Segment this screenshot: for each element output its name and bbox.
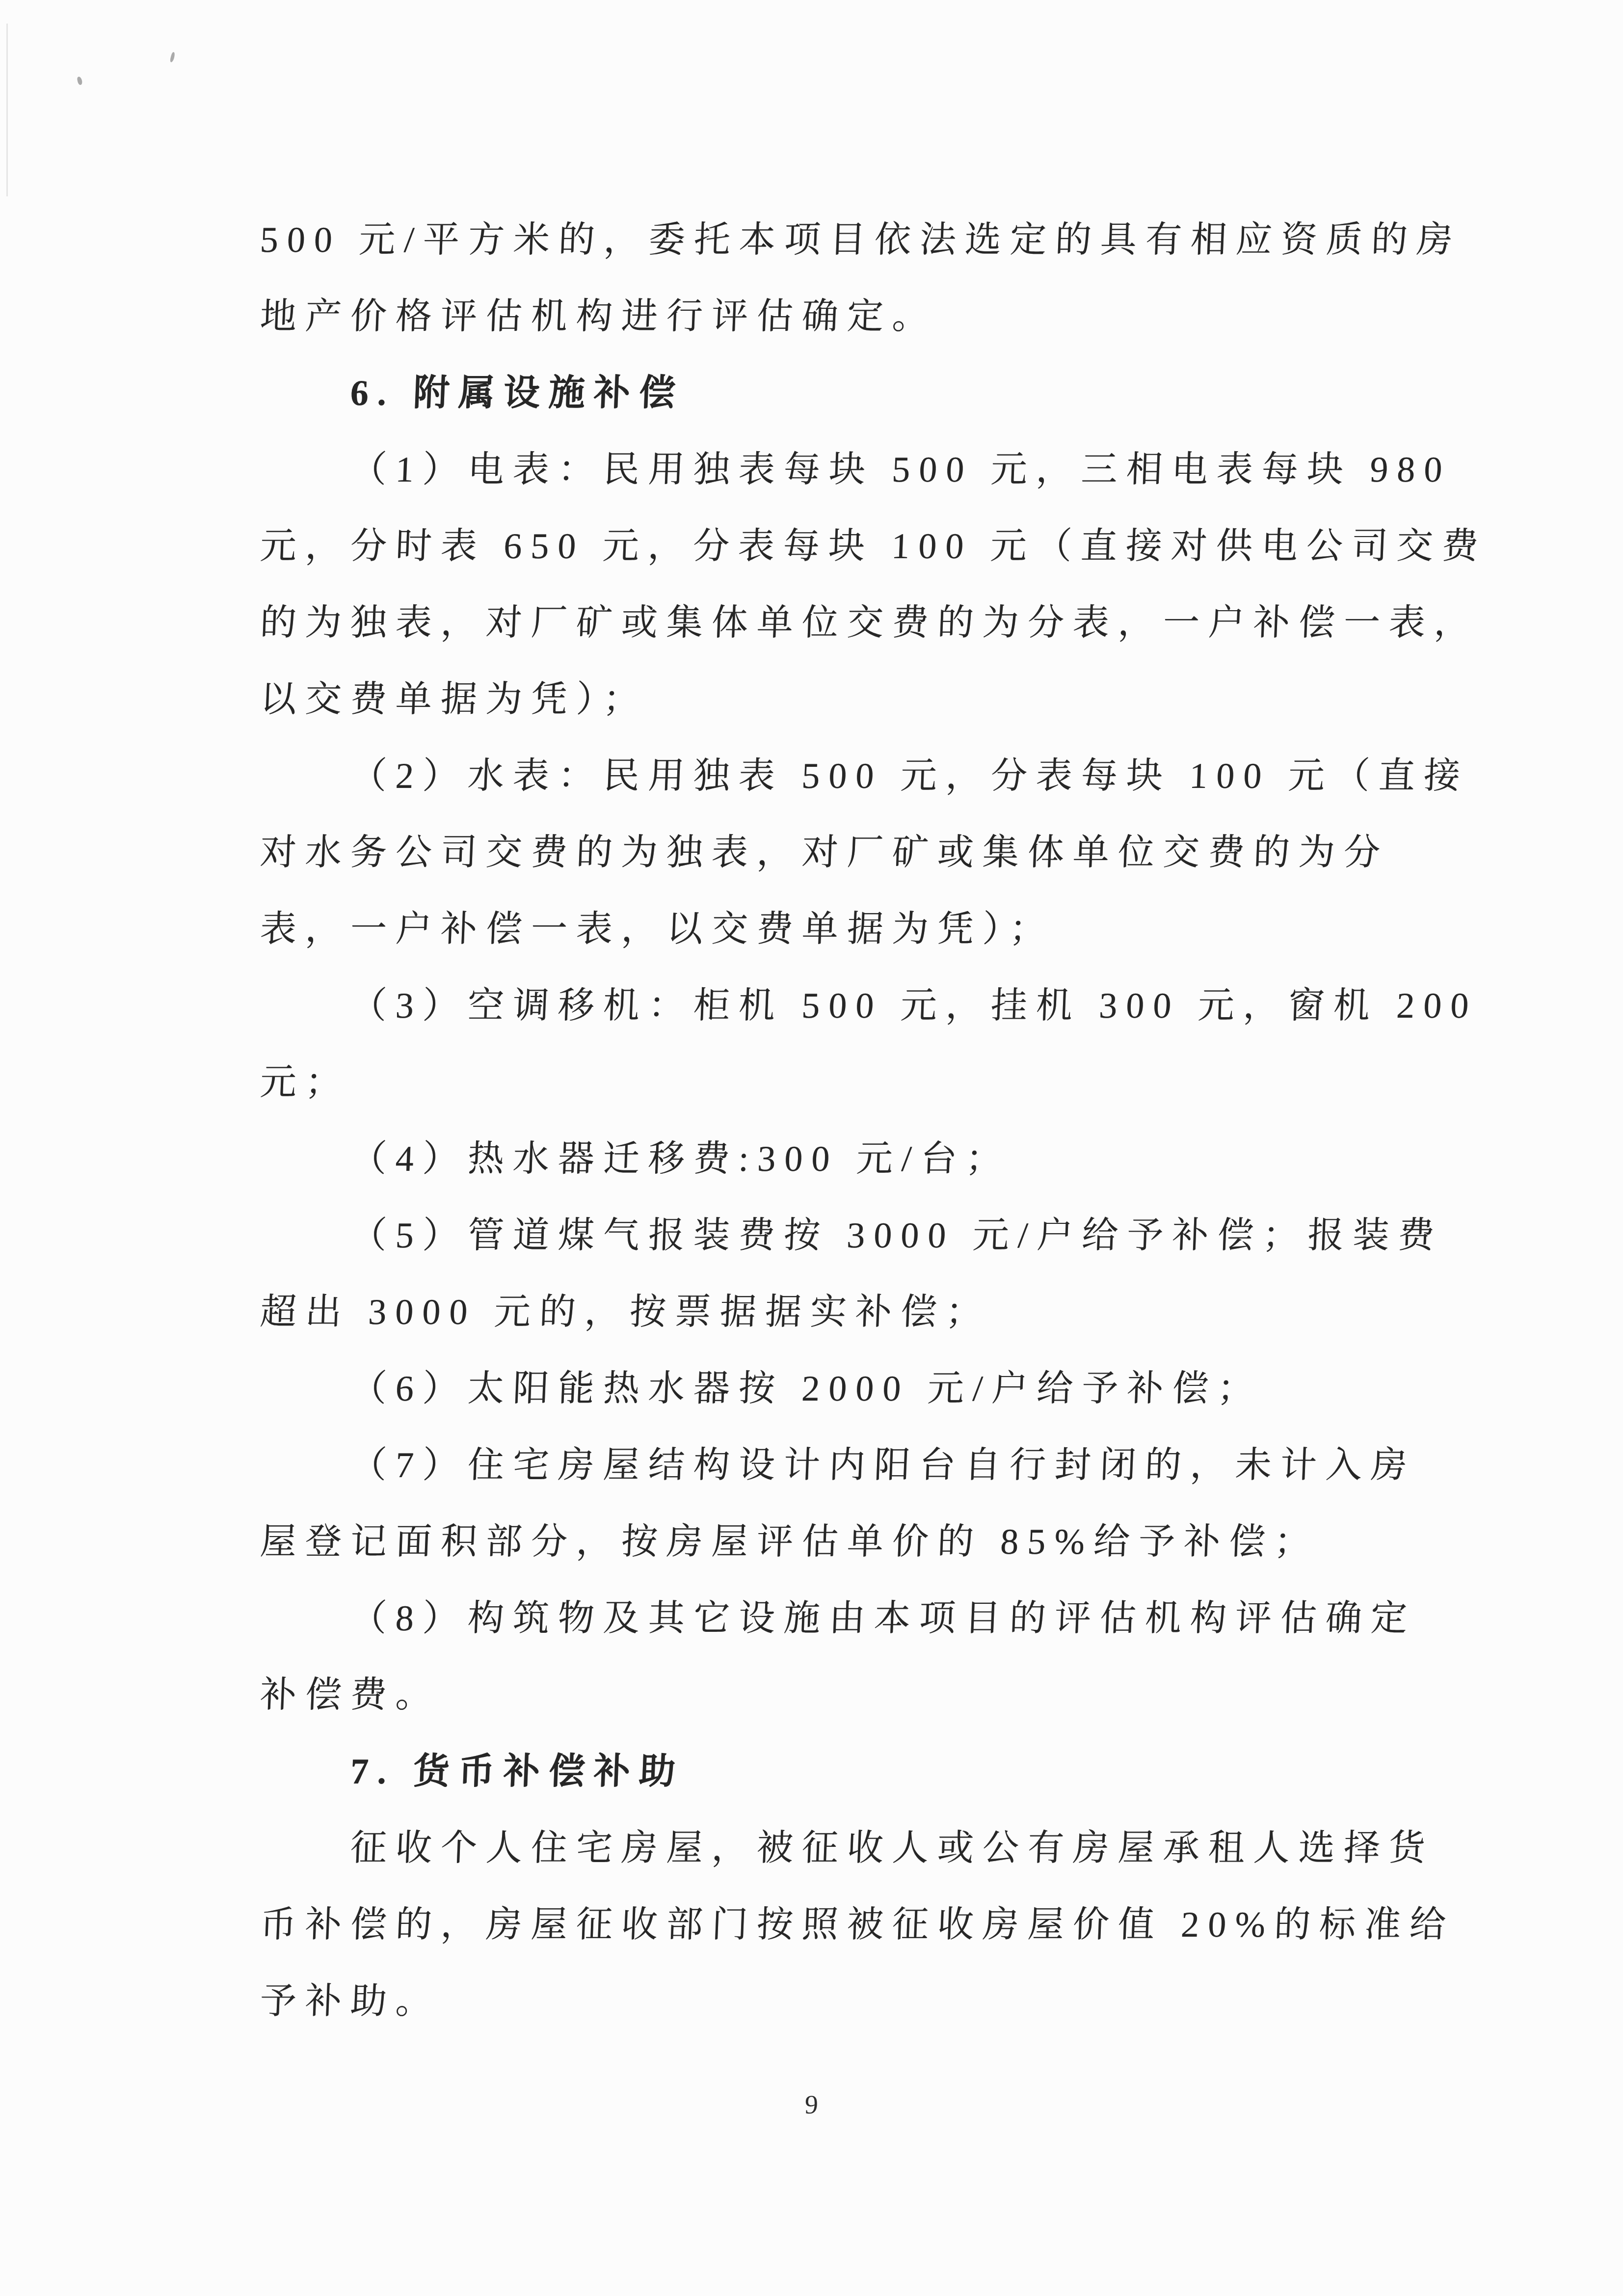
document-line: （2）水表：民用独表 500 元，分表每块 100 元（直接 xyxy=(259,738,1430,814)
scan-edge-artifact xyxy=(6,24,8,196)
document-line: 以交费单据为凭）； xyxy=(259,661,1430,738)
scan-speck xyxy=(77,76,82,85)
document-line: 表，一户补偿一表，以交费单据为凭）； xyxy=(259,891,1430,968)
document-line: 地产价格评估机构进行评估确定。 xyxy=(259,278,1430,355)
scanned-document-page: 500 元/平方米的，委托本项目依法选定的具有相应资质的房 地产价格评估机构进行… xyxy=(0,0,1623,2296)
document-line: （6）太阳能热水器按 2000 元/户给予补偿； xyxy=(259,1351,1430,1427)
document-line: 超出 3000 元的，按票据据实补偿； xyxy=(259,1274,1430,1351)
scan-speck xyxy=(169,52,176,62)
document-line: 币补偿的，房屋征收部门按照被征收房屋价值 20%的标准给 xyxy=(259,1887,1430,1963)
document-line: 对水务公司交费的为独表，对厂矿或集体单位交费的为分 xyxy=(259,814,1430,891)
document-line: 500 元/平方米的，委托本项目依法选定的具有相应资质的房 xyxy=(259,202,1430,278)
section-heading: 7. 货币补偿补助 xyxy=(259,1733,1430,1810)
document-line: 征收个人住宅房屋，被征收人或公有房屋承租人选择货 xyxy=(259,1810,1430,1887)
document-line: 补偿费。 xyxy=(259,1657,1430,1733)
section-heading: 6. 附属设施补偿 xyxy=(259,355,1430,432)
document-line: 的为独表，对厂矿或集体单位交费的为分表，一户补偿一表， xyxy=(259,585,1430,661)
document-line: （8）构筑物及其它设施由本项目的评估机构评估确定 xyxy=(259,1580,1430,1657)
document-line: 元，分时表 650 元，分表每块 100 元（直接对供电公司交费 xyxy=(259,508,1430,585)
document-line: 元； xyxy=(259,1044,1430,1121)
document-line: （5）管道煤气报装费按 3000 元/户给予补偿；报装费 xyxy=(259,1197,1430,1274)
document-line: 予补助。 xyxy=(259,1963,1430,2040)
document-line: （1）电表：民用独表每块 500 元，三相电表每块 980 xyxy=(259,432,1430,508)
document-line: （4）热水器迁移费:300 元/台； xyxy=(259,1121,1430,1197)
page-number: 9 xyxy=(0,2082,1623,2127)
document-line: （7）住宅房屋结构设计内阳台自行封闭的，未计入房 xyxy=(259,1427,1430,1504)
document-line: （3）空调移机：柜机 500 元，挂机 300 元，窗机 200 xyxy=(259,968,1430,1044)
document-line: 屋登记面积部分，按房屋评估单价的 85%给予补偿； xyxy=(259,1504,1430,1580)
document-body: 500 元/平方米的，委托本项目依法选定的具有相应资质的房 地产价格评估机构进行… xyxy=(260,202,1428,2040)
